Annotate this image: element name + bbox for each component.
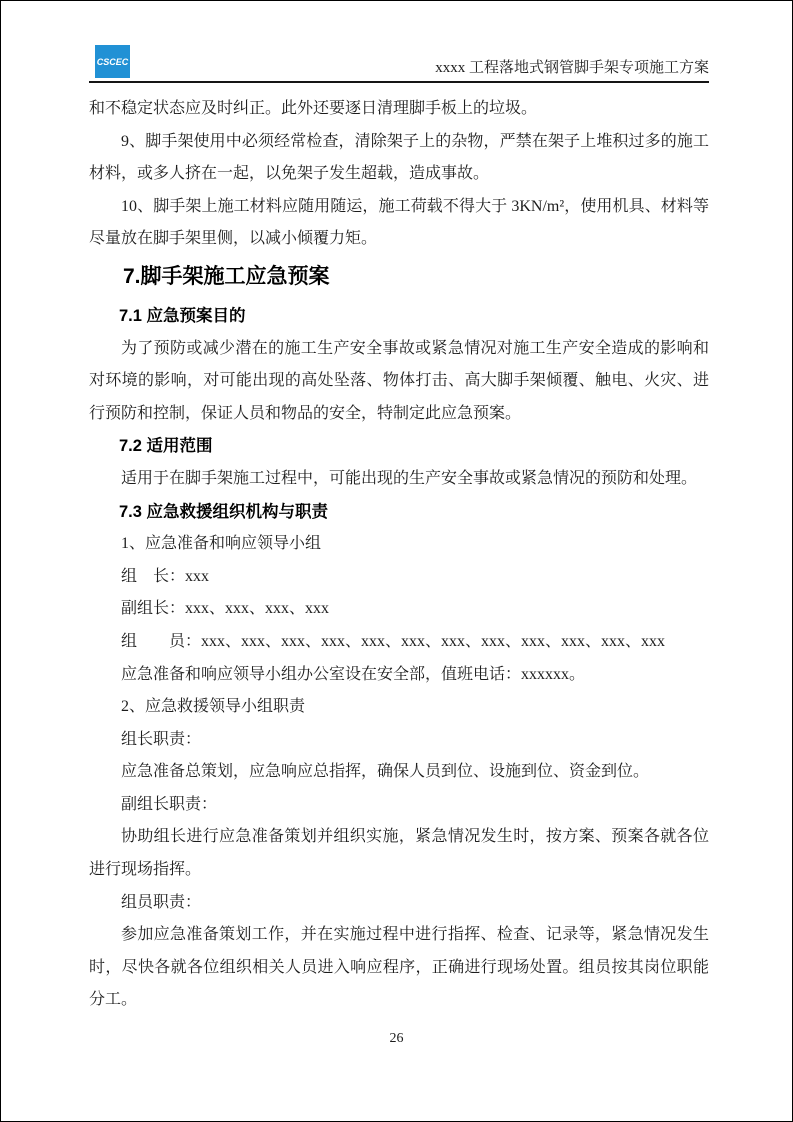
sub-heading: 7.2 适用范围	[89, 430, 709, 463]
document-content: 和不稳定状态应及时纠正。此外还要逐日清理脚手板上的垃圾。9、脚手架使用中必须经常…	[89, 83, 709, 1017]
paragraph: 适用于在脚手架施工过程中，可能出现的生产安全事故或紧急情况的预防和处理。	[89, 463, 709, 496]
paragraph: 参加应急准备策划工作，并在实施过程中进行指挥、检查、记录等，紧急情况发生时，尽快…	[89, 919, 709, 1017]
sub-heading: 7.3 应急救援组织机构与职责	[89, 496, 709, 529]
cscec-logo-icon: CSCEC	[95, 45, 130, 78]
paragraph: 协助组长进行应急准备策划并组织实施，紧急情况发生时，按方案、预案各就各位进行现场…	[89, 821, 709, 886]
paragraph: 1、应急准备和响应领导小组	[89, 528, 709, 561]
page-number: 26	[1, 1031, 792, 1047]
paragraph: 副组长职责：	[89, 789, 709, 822]
document-page: CSCEC xxxx 工程落地式钢管脚手架专项施工方案 和不稳定状态应及时纠正。…	[0, 0, 793, 1122]
paragraph: 副组长：xxx、xxx、xxx、xxx	[89, 593, 709, 626]
paragraph: 组 员：xxx、xxx、xxx、xxx、xxx、xxx、xxx、xxx、xxx、…	[89, 626, 709, 659]
paragraph: 10、脚手架上施工材料应随用随运，施工荷载不得大于 3KN/m²，使用机具、材料…	[89, 191, 709, 256]
header-document-title: xxxx 工程落地式钢管脚手架专项施工方案	[435, 56, 709, 78]
paragraph: 为了预防或减少潜在的施工生产安全事故或紧急情况对施工生产安全造成的影响和对环境的…	[89, 333, 709, 431]
sub-heading: 7.1 应急预案目的	[89, 300, 709, 333]
paragraph: 应急准备总策划，应急响应总指挥，确保人员到位、设施到位、资金到位。	[89, 756, 709, 789]
paragraph: 2、应急救援领导小组职责	[89, 691, 709, 724]
paragraph: 9、脚手架使用中必须经常检查，清除架子上的杂物，严禁在架子上堆积过多的施工材料，…	[89, 126, 709, 191]
page-header: CSCEC xxxx 工程落地式钢管脚手架专项施工方案	[89, 45, 709, 83]
paragraph: 组长职责：	[89, 724, 709, 757]
paragraph: 组员职责：	[89, 887, 709, 920]
paragraph: 组 长：xxx	[89, 561, 709, 594]
paragraph: 应急准备和响应领导小组办公室设在安全部，值班电话：xxxxxx。	[89, 659, 709, 692]
section-heading: 7.脚手架施工应急预案	[89, 262, 709, 292]
paragraph: 和不稳定状态应及时纠正。此外还要逐日清理脚手板上的垃圾。	[89, 93, 709, 126]
